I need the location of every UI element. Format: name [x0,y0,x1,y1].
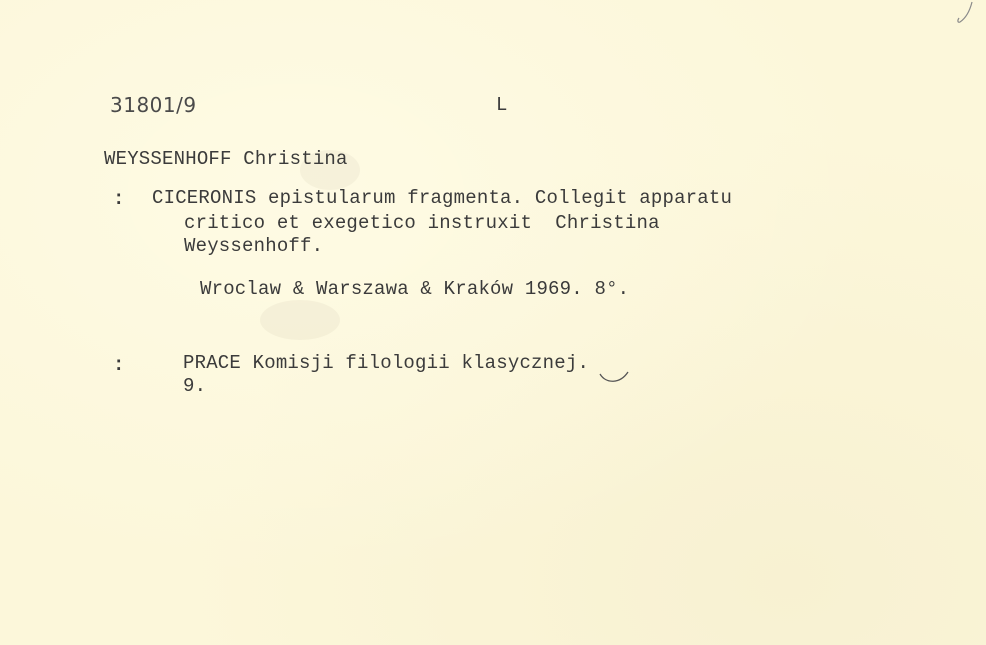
title-line-3: Weyssenhoff. [184,235,323,257]
call-number: 31801/9 [110,94,197,116]
series-line-2: 9. [183,375,206,397]
title-line-1: CICERONIS epistularum fragmenta. Collegi… [152,187,732,209]
author-heading: WEYSSENHOFF Christina [104,148,348,170]
series-line-1: PRACE Komisji filologii klasycznej. [183,352,589,374]
imprint: Wroclaw & Warszawa & Kraków 1969. 8°. [200,278,629,300]
series-entry-marker: : [113,354,124,376]
pencil-check-mark-icon [950,0,980,30]
title-line-2: critico et exegetico instruxit Christina [184,212,660,234]
title-entry-marker: : [113,188,124,210]
catalog-card: 31801/9 L WEYSSENHOFF Christina : CICERO… [0,0,986,645]
paper-smudge [260,300,340,340]
handwritten-correction-mark-icon [598,368,632,388]
location-mark: L [496,94,508,116]
